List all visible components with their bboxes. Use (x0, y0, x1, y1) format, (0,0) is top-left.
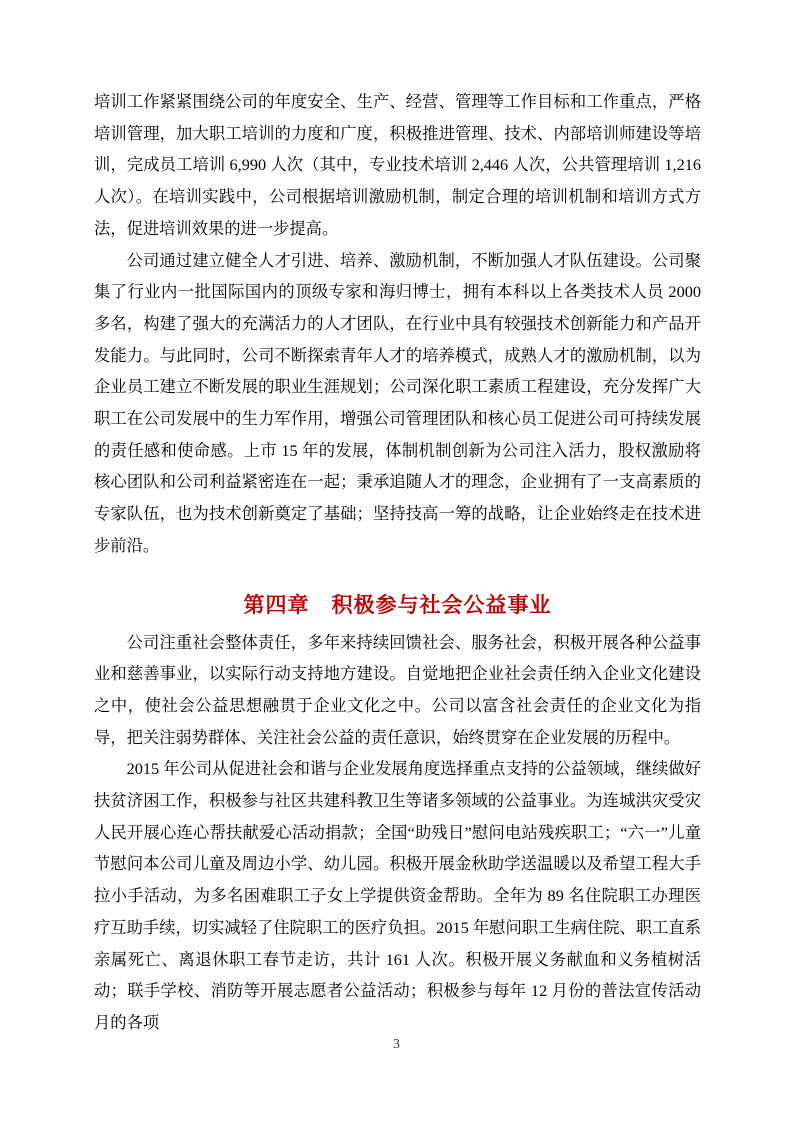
paragraph-charity-2015: 2015 年公司从促进社会和谐与企业发展角度选择重点支持的公益领域，继续做好扶贫… (94, 753, 701, 1038)
paragraph-talent-development: 公司通过建立健全人才引进、培养、激励机制，不断加强人才队伍建设。公司聚集了行业内… (94, 245, 701, 562)
chapter-heading: 第四章 积极参与社会公益事业 (94, 592, 701, 620)
text-content: 培训工作紧紧围绕公司的年度安全、生产、经营、管理等工作目标和工作重点，严格培训管… (94, 0, 701, 1039)
page-number: 3 (0, 1036, 793, 1052)
paragraph-training-continued: 培训工作紧紧围绕公司的年度安全、生产、经营、管理等工作目标和工作重点，严格培训管… (94, 86, 701, 245)
paragraph-social-responsibility: 公司注重社会整体责任，多年来持续回馈社会、服务社会，积极开展各种公益事业和慈善事… (94, 627, 701, 754)
document-page: 培训工作紧紧围绕公司的年度安全、生产、经营、管理等工作目标和工作重点，严格培训管… (0, 0, 793, 1122)
